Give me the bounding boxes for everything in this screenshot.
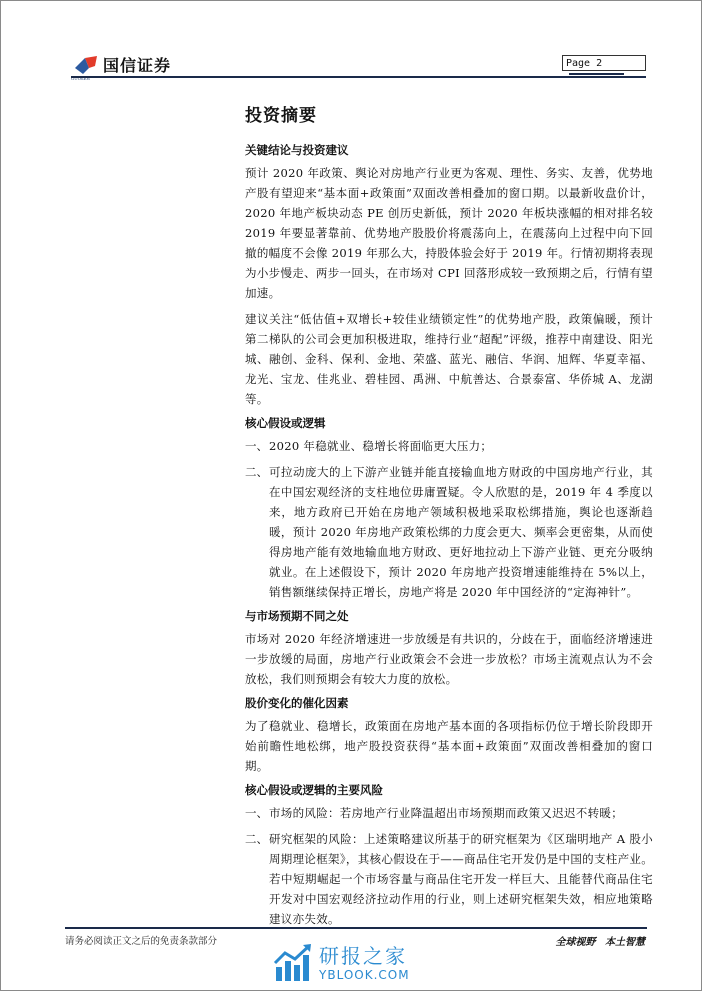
section-heading-key-conclusions: 关键结论与投资建议 [245,142,653,159]
paragraph: 预计 2020 年政策、舆论对房地产行业更为客观、理性、务实、友善，优势地产股有… [245,163,653,303]
chart-growth-icon [273,943,313,983]
section-heading-core-assumptions: 核心假设或逻辑 [245,415,653,432]
guosen-logo-icon [73,54,99,76]
page-header: 国信证券 GUOSEN Page 2 [71,51,646,101]
page-underline [569,73,624,75]
list-number: 一、 [245,436,269,456]
list-number: 二、 [245,462,269,602]
footer-disclaimer: 请务必阅读正文之后的免责条款部分 [65,933,217,947]
list-item: 一、 市场的风险：若房地产行业降温超出市场预期而政策又迟迟不转暖； [245,803,653,823]
list-item: 二、 可拉动庞大的上下游产业链并能直接输血地方财政的中国房地产行业，其在中国宏观… [245,462,653,602]
page-title: 投资摘要 [245,101,653,126]
list-number: 二、 [245,829,269,929]
brand-name: 国信证券 [103,53,171,76]
watermark: 研报之家 YBLOOK.COM [273,943,410,983]
section-heading-risks: 核心假设或逻辑的主要风险 [245,782,653,799]
footer-slogan: 全球视野 本土智慧 [556,933,645,948]
brand-logo: 国信证券 [73,53,171,76]
watermark-cn: 研报之家 [319,944,410,968]
list-text: 2020 年稳就业、稳增长将面临更大压力； [269,436,653,456]
list-item: 二、 研究框架的风险：上述策略建议所基于的研究框架为《区瑞明地产 A 股小周期理… [245,829,653,929]
page-number: Page 2 [562,55,646,71]
list-text: 研究框架的风险：上述策略建议所基于的研究框架为《区瑞明地产 A 股小周期理论框架… [269,829,653,929]
header-rule [71,76,646,78]
list-text: 可拉动庞大的上下游产业链并能直接输血地方财政的中国房地产行业，其在中国宏观经济的… [269,462,653,602]
footer-rule [65,927,647,929]
watermark-en: YBLOOK.COM [319,968,410,982]
paragraph: 市场对 2020 年经济增速进一步放缓是有共识的，分歧在于，面临经济增速进一步放… [245,629,653,689]
paragraph: 为了稳就业、稳增长，政策面在房地产基本面的各项指标仍位于增长阶段即开始前瞻性地松… [245,716,653,776]
section-heading-market-difference: 与市场预期不同之处 [245,608,653,625]
main-content: 投资摘要 关键结论与投资建议 预计 2020 年政策、舆论对房地产行业更为客观、… [245,101,653,935]
section-heading-catalysts: 股价变化的催化因素 [245,695,653,712]
list-number: 一、 [245,803,269,823]
list-text: 市场的风险：若房地产行业降温超出市场预期而政策又迟迟不转暖； [269,803,653,823]
list-item: 一、 2020 年稳就业、稳增长将面临更大压力； [245,436,653,456]
paragraph: 建议关注“低估值+双增长+较佳业绩锁定性”的优势地产股，政策偏暖，预计第二梯队的… [245,309,653,409]
